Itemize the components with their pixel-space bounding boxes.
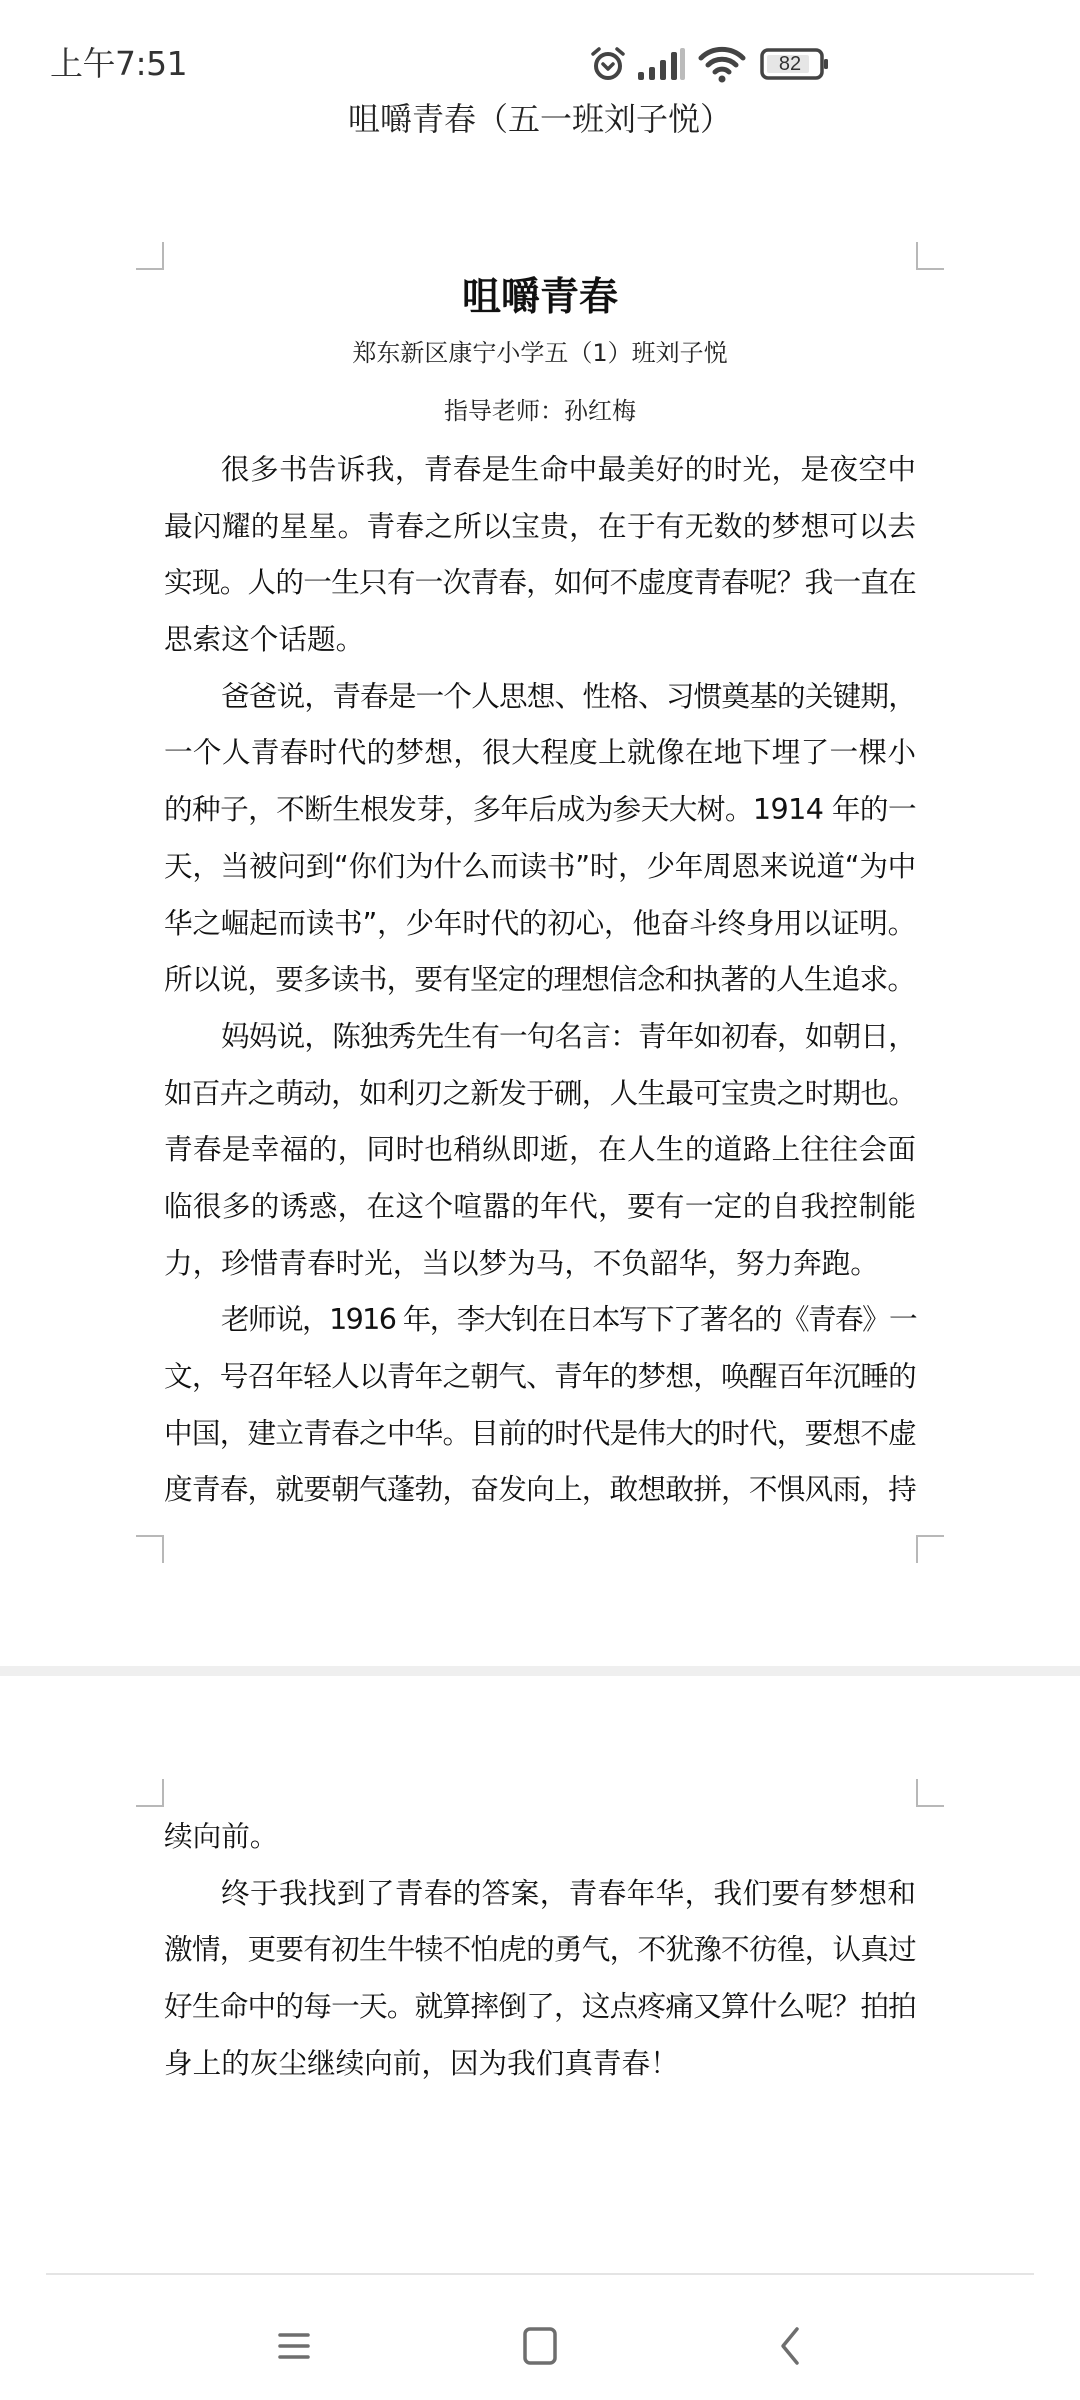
text-line: 激情，更要有初生牛犊不怕虎的勇气，不犹豫不彷徨，认真过 (164, 1921, 916, 1978)
document-header-title: 咀嚼青春（五一班刘子悦） (0, 98, 1080, 140)
page-corner-mark (136, 242, 164, 270)
text-line: 如百卉之萌动，如利刃之新发于硎，人生最可宝贵之时期也。 (164, 1065, 916, 1122)
back-button[interactable] (760, 2318, 820, 2378)
back-icon (775, 2326, 805, 2370)
page-corner-mark (916, 242, 944, 270)
home-icon (522, 2326, 558, 2370)
status-time: 上午7:51 (50, 44, 187, 84)
page-separator (0, 1666, 1080, 1676)
document-title: 咀嚼青春 (0, 272, 1080, 324)
page-corner-mark (136, 1779, 164, 1807)
text-line: 力，珍惜青春时光，当以梦为马，不负韶华，努力奔跑。 (164, 1235, 916, 1292)
text-line: 最闪耀的星星。青春之所以宝贵，在于有无数的梦想可以去 (164, 498, 916, 555)
document-body-page-2: 续向前。终于我找到了青春的答案，青春年华，我们要有梦想和激情，更要有初生牛犊不怕… (164, 1808, 916, 2091)
document-teacher: 指导老师：孙红梅 (0, 393, 1080, 429)
status-icons: 82 (588, 44, 830, 84)
text-line: 很多书告诉我，青春是生命中最美好的时光，是夜空中 (164, 441, 916, 498)
text-line: 老师说，1916 年，李大钊在日本写下了著名的《青春》一 (164, 1291, 916, 1348)
nav-divider (46, 2273, 1034, 2275)
text-line: 续向前。 (164, 1808, 916, 1865)
menu-icon (276, 2328, 312, 2368)
page-corner-mark (916, 1535, 944, 1563)
text-line: 爸爸说，青春是一个人思想、性格、习惯奠基的关键期， (164, 668, 916, 725)
screen: 上午7:51 (0, 0, 1080, 2400)
text-line: 妈妈说，陈独秀先生有一句名言：青年如初春，如朝日， (164, 1008, 916, 1065)
document-body-page-1: 很多书告诉我，青春是生命中最美好的时光，是夜空中最闪耀的星星。青春之所以宝贵，在… (164, 441, 916, 1518)
battery-level: 82 (764, 51, 816, 77)
text-line: 实现。人的一生只有一次青春，如何不虚度青春呢？我一直在 (164, 554, 916, 611)
text-line: 的种子，不断生根发芽，多年后成为参天大树。1914 年的一 (164, 781, 916, 838)
text-line: 身上的灰尘继续向前，因为我们真青春！ (164, 2035, 916, 2092)
text-line: 中国，建立青春之中华。目前的时代是伟大的时代，要想不虚 (164, 1405, 916, 1462)
recent-apps-button[interactable] (264, 2318, 324, 2378)
page-corner-mark (916, 1779, 944, 1807)
alarm-icon (588, 44, 628, 84)
battery-icon: 82 (760, 48, 830, 80)
signal-icon (636, 44, 686, 84)
text-line: 一个人青春时代的梦想，很大程度上就像在地下埋了一棵小 (164, 724, 916, 781)
text-line: 所以说，要多读书，要有坚定的理想信念和执著的人生追求。 (164, 951, 916, 1008)
wifi-icon (698, 44, 746, 84)
text-line: 临很多的诱惑，在这个喧嚣的年代，要有一定的自我控制能 (164, 1178, 916, 1235)
text-line: 思索这个话题。 (164, 611, 916, 668)
text-line: 青春是幸福的，同时也稍纵即逝，在人生的道路上往往会面 (164, 1121, 916, 1178)
text-line: 度青春，就要朝气蓬勃，奋发向上，敢想敢拼，不惧风雨，持 (164, 1461, 916, 1518)
text-line: 好生命中的每一天。就算摔倒了，这点疼痛又算什么呢？拍拍 (164, 1978, 916, 2035)
text-line: 天，当被问到“你们为什么而读书”时，少年周恩来说道“为中 (164, 838, 916, 895)
text-line: 文，号召年轻人以青年之朝气、青年的梦想，唤醒百年沉睡的 (164, 1348, 916, 1405)
text-line: 华之崛起而读书”，少年时代的初心，他奋斗终身用以证明。 (164, 895, 916, 952)
document-byline: 郑东新区康宁小学五（1）班刘子悦 (0, 335, 1080, 371)
page-corner-mark (136, 1535, 164, 1563)
home-button[interactable] (510, 2318, 570, 2378)
text-line: 终于我找到了青春的答案，青春年华，我们要有梦想和 (164, 1865, 916, 1922)
